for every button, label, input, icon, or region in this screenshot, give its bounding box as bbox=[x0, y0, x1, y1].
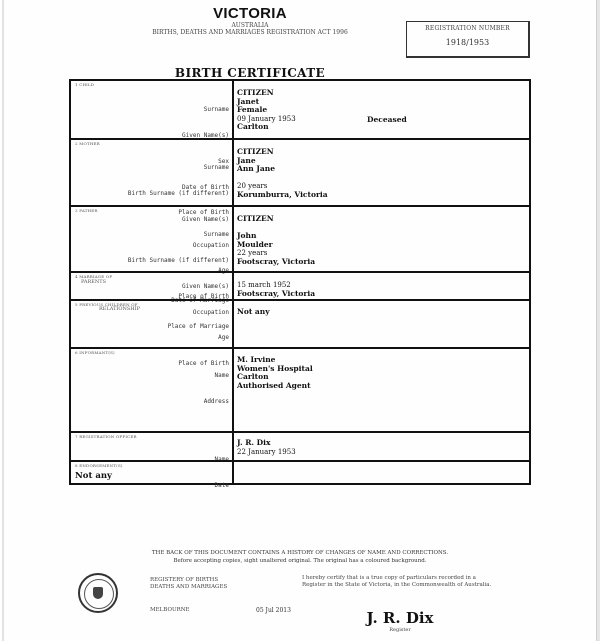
label-surname: Surname bbox=[128, 164, 229, 173]
label-address: Address bbox=[204, 398, 229, 407]
value-occupation bbox=[237, 174, 328, 183]
value-place-of-birth: Footscray, Victoria bbox=[237, 258, 315, 267]
value-address-line-3: Authorised Agent bbox=[237, 382, 313, 391]
field-labels: Name Address bbox=[204, 355, 229, 424]
certification-statement: I hereby certify that is a true copy of … bbox=[302, 575, 532, 589]
issue-date: 05 Jul 2013 bbox=[256, 607, 291, 614]
section-heading: 3 FATHER bbox=[75, 208, 98, 213]
registration-number-box: REGISTRATION NUMBER 1918/1953 bbox=[406, 21, 530, 58]
label-surname: Surname bbox=[178, 106, 229, 115]
value-place-of-birth: Korumburra, Victoria bbox=[237, 191, 328, 200]
issue-city: MELBOURNE bbox=[150, 607, 190, 613]
value-previous-children: Not any bbox=[237, 308, 270, 317]
field-values: 15 march 1952 Footscray, Victoria bbox=[237, 281, 315, 298]
section-marriage: 4 MARRIAGE OF PARENTS Date of Marriage P… bbox=[71, 271, 529, 299]
section-heading: 2 MOTHER bbox=[75, 141, 100, 146]
section-mother: 2 MOTHER Surname Birth Surname (if diffe… bbox=[71, 138, 529, 205]
value-sex: Female bbox=[237, 106, 296, 115]
section-child: 1 CHILD Surname Given Name(s) Sex Date o… bbox=[71, 81, 529, 138]
label-surname: Surname bbox=[128, 231, 229, 240]
page-edge-left bbox=[2, 0, 4, 641]
section-father: 3 FATHER Surname Birth Surname (if diffe… bbox=[71, 205, 529, 271]
value-date: 22 January 1953 bbox=[237, 448, 296, 457]
registration-number-label: REGISTRATION NUMBER bbox=[407, 25, 528, 32]
field-values: CITIZEN John Moulder 22 years Footscray,… bbox=[237, 215, 315, 267]
country-label: AUSTRALIA bbox=[130, 22, 370, 29]
field-values: Not any bbox=[237, 308, 270, 317]
field-values: M. Irvine Women's Hospital Carlton Autho… bbox=[237, 356, 313, 390]
section-subheading: RELATIONSHIP bbox=[99, 306, 140, 312]
value-place-of-birth: Carlton bbox=[237, 123, 296, 132]
registry-line-2: DEATHS AND MARRIAGES bbox=[150, 584, 227, 591]
certificate-table: 1 CHILD Surname Given Name(s) Sex Date o… bbox=[69, 79, 531, 485]
back-of-document-notice: THE BACK OF THIS DOCUMENT CONTAINS A HIS… bbox=[100, 549, 500, 565]
coat-of-arms-seal-icon bbox=[78, 573, 118, 613]
state-title: VICTORIA bbox=[130, 5, 370, 22]
registrar-signature: J. R. Dix bbox=[340, 609, 460, 627]
section-informant: 6 INFORMANT(S) Name Address M. Irvine Wo… bbox=[71, 347, 529, 431]
field-values: CITIZEN Janet Female 09 January 1953 Car… bbox=[237, 89, 296, 132]
section-subheading: PARENTS bbox=[81, 279, 106, 285]
notice-line-1: THE BACK OF THIS DOCUMENT CONTAINS A HIS… bbox=[100, 549, 500, 557]
act-label: BIRTHS, DEATHS AND MARRIAGES REGISTRATIO… bbox=[110, 29, 390, 36]
deceased-status: Deceased bbox=[367, 115, 407, 124]
section-previous-children: 5 PREVIOUS CHILDREN OF RELATIONSHIP Not … bbox=[71, 299, 529, 347]
certify-line-1: I hereby certify that is a true copy of … bbox=[302, 575, 532, 582]
section-heading: 1 CHILD bbox=[75, 82, 94, 87]
value-given-names: Ann Jane bbox=[237, 165, 328, 174]
scrollbar[interactable] bbox=[596, 0, 600, 641]
notice-line-2: Before accepting copies, sight unaltered… bbox=[100, 557, 500, 565]
section-heading: 8 ENDORSEMENT(S) bbox=[75, 463, 123, 468]
section-heading: 6 INFORMANT(S) bbox=[75, 350, 115, 355]
field-values: J. R. Dix 22 January 1953 bbox=[237, 439, 296, 456]
registrar-title: Register bbox=[340, 627, 460, 633]
value-name: J. R. Dix bbox=[237, 439, 296, 448]
value-surname: CITIZEN bbox=[237, 215, 315, 224]
value-occupation: Moulder bbox=[237, 241, 315, 250]
section-heading: 7 REGISTRATION OFFICER bbox=[75, 434, 137, 439]
registry-name: REGISTERY OF BIRTHS DEATHS AND MARRIAGES bbox=[150, 577, 227, 591]
label-birth-surname: Birth Surname (if different) bbox=[128, 257, 229, 266]
certify-line-2: Register in the State of Victoria, in th… bbox=[302, 582, 532, 589]
registration-number-value: 1918/1953 bbox=[407, 38, 528, 47]
label-birth-surname: Birth Surname (if different) bbox=[128, 190, 229, 199]
value-place-of-marriage: Footscray, Victoria bbox=[237, 290, 315, 299]
label-name: Name bbox=[204, 372, 229, 381]
label-date: Date bbox=[207, 482, 229, 491]
section-endorsements: 8 ENDORSEMENT(S) Not any bbox=[71, 460, 529, 483]
value-endorsements: Not any bbox=[75, 471, 112, 481]
section-registration-officer: 7 REGISTRATION OFFICER Name Date J. R. D… bbox=[71, 431, 529, 460]
registry-line-1: REGISTERY OF BIRTHS bbox=[150, 577, 227, 584]
certificate-title: BIRTH CERTIFICATE bbox=[130, 66, 370, 80]
field-values: CITIZEN Jane Ann Jane 20 years Korumburr… bbox=[237, 148, 328, 200]
